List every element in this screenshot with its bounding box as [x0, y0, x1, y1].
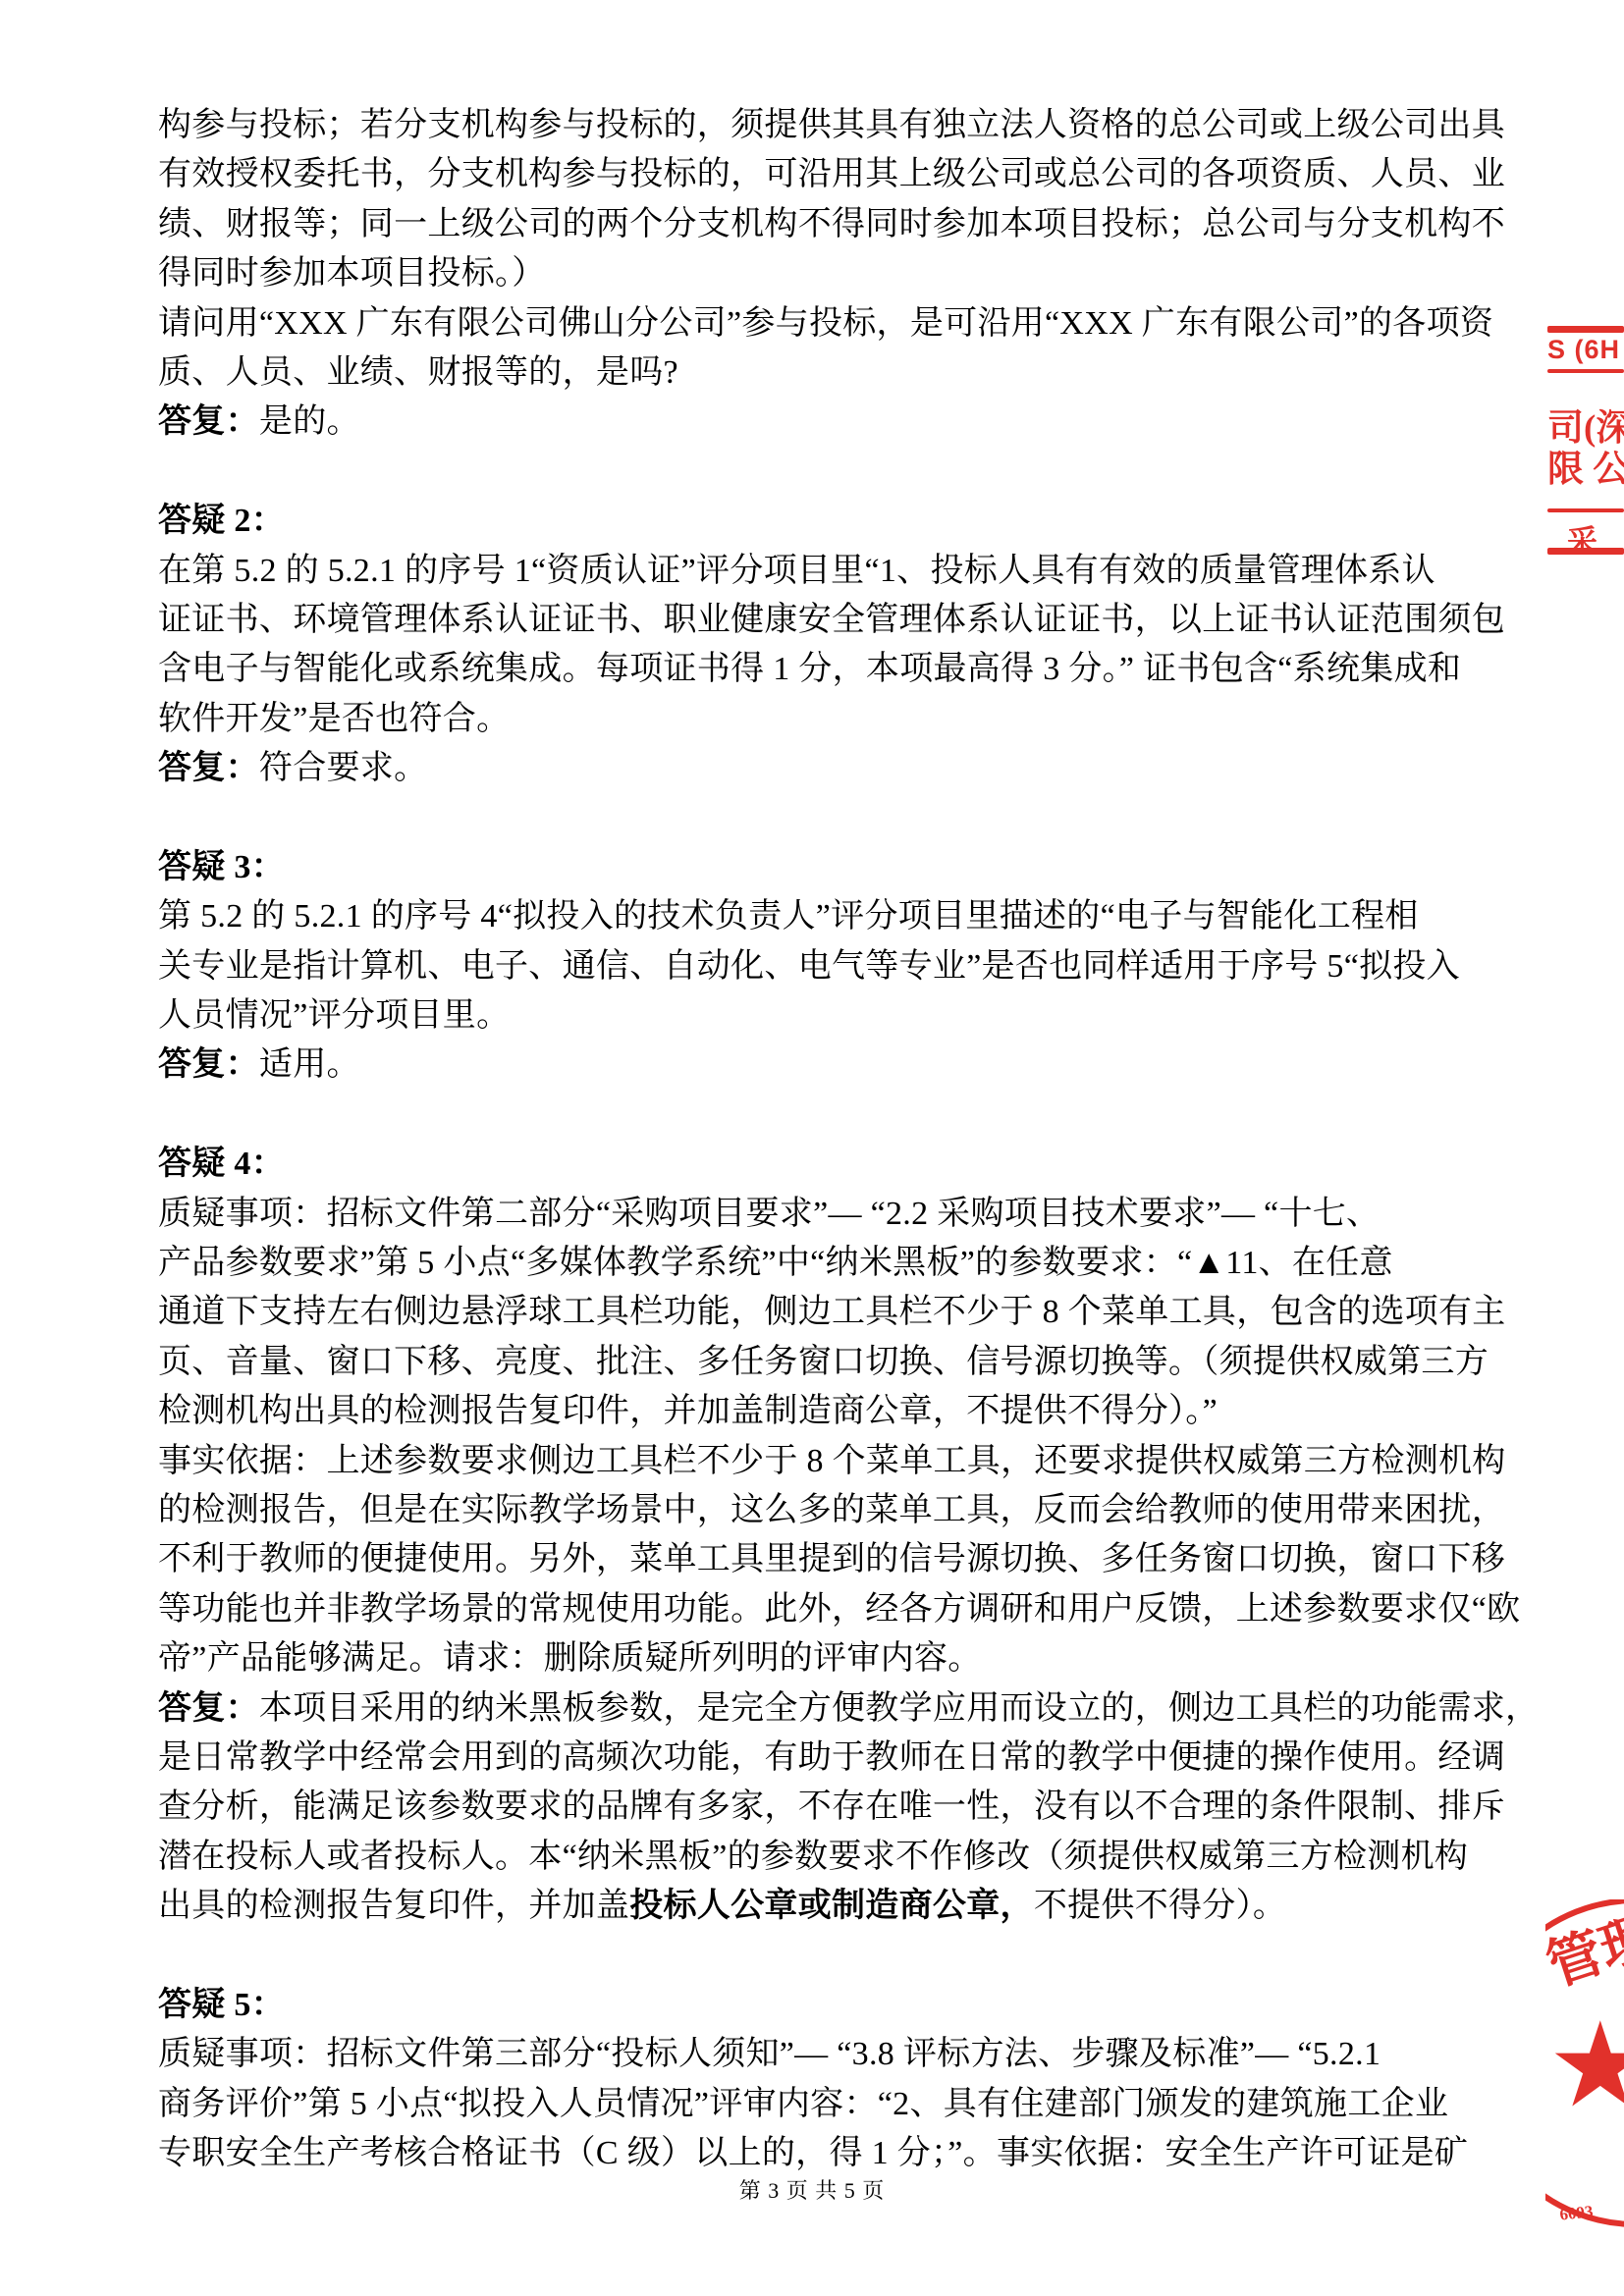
text-line: 答复：是的。: [158, 398, 1517, 447]
text-line: 质疑事项：招标文件第三部分“投标人须知”— “3.8 评标方法、步骤及标准”— …: [158, 2030, 1517, 2079]
text-line: 人员情况”评分项目里。: [158, 991, 1517, 1041]
text-line: 答复：符合要求。: [158, 744, 1517, 793]
document-page: 构参与投标；若分支机构参与投标的，须提供其具有独立法人资格的总公司或上级公司出具…: [0, 0, 1624, 2296]
text-line: 软件开发”是否也符合。: [158, 695, 1517, 744]
text-line: 答复：适用。: [158, 1041, 1517, 1090]
text-line: 事实依据：上述参数要求侧边工具栏不少于 8 个菜单工具，还要求提供权威第三方检测…: [158, 1437, 1517, 1486]
document-lines: 构参与投标；若分支机构参与投标的，须提供其具有独立法人资格的总公司或上级公司出具…: [158, 101, 1517, 2178]
text-line: 得同时参加本项目投标。）: [158, 249, 1517, 298]
text-line: 含电子与智能化或系统集成。每项证书得 1 分，本项最高得 3 分。” 证书包含“…: [158, 645, 1517, 694]
seal-text-fragment: 限 公: [1547, 439, 1624, 492]
text-line: 有效授权委托书，分支机构参与投标的，可沿用其上级公司或总公司的各项资质、人员、业: [158, 150, 1517, 199]
text-line: 构参与投标；若分支机构参与投标的，须提供其具有独立法人资格的总公司或上级公司出具: [158, 101, 1517, 150]
text-line: 答复：本项目采用的纳米黑板参数，是完全方便教学应用而设立的，侧边工具栏的功能需求…: [158, 1684, 1517, 1734]
seal-border-line: [1547, 326, 1624, 333]
company-seal-partial: S (6H 司(深 限 公 采: [1547, 323, 1624, 561]
round-official-seal-partial: 管理 ★ 6093: [1545, 1899, 1624, 2233]
seal-text-fragment: S (6H: [1547, 335, 1620, 365]
blank-line: [158, 793, 1517, 842]
blank-line: [158, 1091, 1517, 1140]
section-heading: 答疑 3：: [158, 843, 1517, 892]
text-line: 潜在投标人或者投标人。本“纳米黑板”的参数要求不作修改（须提供权威第三方检测机构: [158, 1833, 1517, 1882]
blank-line: [158, 1931, 1517, 1980]
seal-border-line: [1547, 508, 1624, 512]
text-line: 出具的检测报告复印件，并加盖投标人公章或制造商公章，不提供不得分）。: [158, 1882, 1517, 1931]
section-heading: 答疑 5：: [158, 1981, 1517, 2030]
text-line: 请问用“XXX 广东有限公司佛山分公司”参与投标，是可沿用“XXX 广东有限公司…: [158, 299, 1517, 348]
seal-star-icon: ★: [1547, 2001, 1624, 2131]
section-heading: 答疑 2：: [158, 497, 1517, 546]
text-line: 是日常教学中经常会用到的高频次功能，有助于教师在日常的教学中便捷的操作使用。经调: [158, 1734, 1517, 1783]
text-line: 质疑事项：招标文件第二部分“采购项目要求”— “2.2 采购项目技术要求”— “…: [158, 1190, 1517, 1239]
text-line: 第 5.2 的 5.2.1 的序号 4“拟投入的技术负责人”评分项目里描述的“电…: [158, 892, 1517, 941]
text-line: 页、音量、窗口下移、亮度、批注、多任务窗口切换、信号源切换等。（须提供权威第三方: [158, 1338, 1517, 1387]
text-line: 质、人员、业绩、财报等的，是吗?: [158, 348, 1517, 398]
text-line: 通道下支持左右侧边悬浮球工具栏功能，侧边工具栏不少于 8 个菜单工具，包含的选项…: [158, 1288, 1517, 1337]
text-line: 绩、财报等；同一上级公司的两个分支机构不得同时参加本项目投标；总公司与分支机构不: [158, 200, 1517, 249]
text-line: 不利于教师的便捷使用。另外，菜单工具里提到的信号源切换、多任务窗口切换，窗口下移: [158, 1535, 1517, 1584]
text-line: 商务评价”第 5 小点“拟投入人员情况”评审内容：“2、具有住建部门颁发的建筑施…: [158, 2080, 1517, 2129]
text-line: 等功能也并非教学场景的常规使用功能。此外，经各方调研和用户反馈，上述参数要求仅“…: [158, 1585, 1517, 1634]
blank-line: [158, 448, 1517, 497]
seal-border-line: [1547, 369, 1624, 373]
text-line: 检测机构出具的检测报告复印件，并加盖制造商公章，不提供不得分）。”: [158, 1387, 1517, 1436]
text-line: 查分析，能满足该参数要求的品牌有多家，不存在唯一性，没有以不合理的条件限制、排斥: [158, 1783, 1517, 1832]
seal-border-line: [1547, 548, 1624, 555]
section-heading: 答疑 4：: [158, 1140, 1517, 1189]
text-line: 关专业是指计算机、电子、通信、自动化、电气等专业”是否也同样适用于序号 5“拟投…: [158, 942, 1517, 991]
text-line: 在第 5.2 的 5.2.1 的序号 1“资质认证”评分项目里“1、投标人具有有…: [158, 547, 1517, 596]
seal-serial-number: 6093: [1559, 2202, 1595, 2223]
text-line: 的检测报告，但是在实际教学场景中，这么多的菜单工具，反而会给教师的使用带来困扰，: [158, 1486, 1517, 1535]
text-line: 证证书、环境管理体系认证证书、职业健康安全管理体系认证证书，以上证书认证范围须包: [158, 596, 1517, 645]
text-line: 帝”产品能够满足。请求：删除质疑所列明的评审内容。: [158, 1634, 1517, 1683]
text-line: 产品参数要求”第 5 小点“多媒体教学系统”中“纳米黑板”的参数要求：“▲11、…: [158, 1239, 1517, 1288]
page-footer: 第 3 页 共 5 页: [0, 2171, 1624, 2211]
